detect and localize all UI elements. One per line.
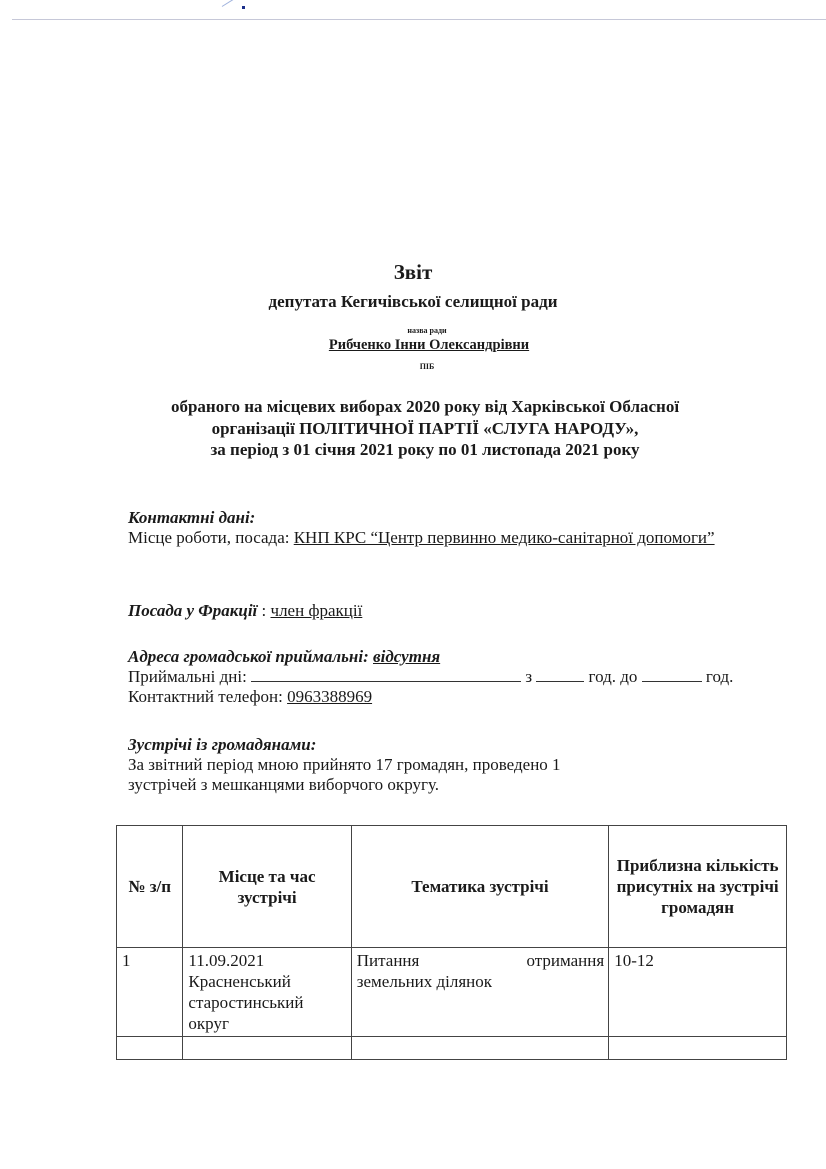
reception-hours-label-2: год. xyxy=(706,667,733,686)
faction-separator: : xyxy=(257,601,270,620)
column-header-attendance: Приблизна кількість присутніх на зустріч… xyxy=(609,826,787,948)
reception-from-label: з xyxy=(525,667,532,686)
cell-place-time xyxy=(183,1037,351,1060)
column-header-number: № з/п xyxy=(117,826,183,948)
cell-topic xyxy=(351,1037,608,1060)
topic-word: Питання xyxy=(357,950,420,971)
table-header-row: № з/п Місце та час зустрічі Тематика зус… xyxy=(117,826,787,948)
reception-section: Адреса громадської приймальні: відсутня … xyxy=(128,647,780,707)
document-subtitle: депутата Кегичівської селищної ради xyxy=(0,292,826,312)
reception-address-line: Адреса громадської приймальні: відсутня xyxy=(128,647,780,667)
reception-days-blank xyxy=(251,667,521,682)
reception-days-line: Приймальні дні: з год. до год. xyxy=(128,667,780,687)
elected-line: обраного на місцевих виборах 2020 року в… xyxy=(12,396,826,418)
phone-line: Контактний телефон: 0963388969 xyxy=(128,687,780,707)
workplace-label: Місце роботи, посада: xyxy=(128,528,289,547)
cell-place-time: 11.09.2021 Красненський старостинський о… xyxy=(183,948,351,1037)
contacts-section: Контактні дані: Місце роботи, посада: КН… xyxy=(128,508,780,548)
faction-section: Посада у Фракції : член фракції xyxy=(128,601,780,621)
reception-hours-label-1: год. до xyxy=(589,667,638,686)
column-header-topic: Тематика зустрічі xyxy=(351,826,608,948)
phone-value: 0963388969 xyxy=(287,687,372,706)
meetings-section: Зустрічі із громадянами: За звітний пері… xyxy=(128,735,780,795)
scan-artifact-line xyxy=(12,19,826,20)
topic-word: отримання xyxy=(526,950,604,971)
reception-from-blank xyxy=(536,667,584,682)
faction-heading: Посада у Фракції xyxy=(128,601,257,620)
deputy-name-line: Рибченко Інни Олександрівни xyxy=(16,337,826,354)
reception-days-label: Приймальні дні: xyxy=(128,667,247,686)
column-header-place-time: Місце та час зустрічі xyxy=(183,826,351,948)
scan-artifact-dot xyxy=(242,6,245,9)
topic-rest: земельних ділянок xyxy=(357,971,604,992)
table-row xyxy=(117,1037,787,1060)
meetings-summary-line: За звітний період мною прийнято 17 грома… xyxy=(128,755,780,775)
cell-number xyxy=(117,1037,183,1060)
cell-attendance: 10-12 xyxy=(609,948,787,1037)
elected-block: обраного на місцевих виборах 2020 року в… xyxy=(12,396,826,461)
meetings-summary-line: зустрічей з мешканцями виборчого округу. xyxy=(128,775,780,795)
meetings-table: № з/п Місце та час зустрічі Тематика зус… xyxy=(116,825,787,1060)
reception-address-value: відсутня xyxy=(373,647,440,666)
cell-number: 1 xyxy=(117,948,183,1037)
elected-line: за період з 01 січня 2021 року по 01 лис… xyxy=(12,439,826,461)
cell-topic: Питання отримання земельних ділянок xyxy=(351,948,608,1037)
document-title: Звіт xyxy=(0,260,826,285)
phone-label: Контактний телефон: xyxy=(128,687,283,706)
faction-value: член фракції xyxy=(271,601,363,620)
table-row: 1 11.09.2021 Красненський старостинський… xyxy=(117,948,787,1037)
council-caption: назва ради xyxy=(14,326,826,335)
meetings-heading: Зустрічі із громадянами: xyxy=(128,735,780,755)
cell-attendance xyxy=(609,1037,787,1060)
topic-first-line: Питання отримання xyxy=(357,950,604,971)
reception-to-blank xyxy=(642,667,702,682)
reception-heading: Адреса громадської приймальні: xyxy=(128,647,369,666)
workplace-value: КНП КРС “Центр первинно медико-санітарно… xyxy=(294,528,715,547)
workplace-line: Місце роботи, посада: КНП КРС “Центр пер… xyxy=(128,528,780,548)
elected-line: організації ПОЛІТИЧНОЇ ПАРТІЇ «СЛУГА НАР… xyxy=(12,418,826,440)
contacts-heading: Контактні дані: xyxy=(128,508,780,528)
deputy-name: Рибченко Інни Олександрівни xyxy=(329,337,529,353)
name-caption: ПІБ xyxy=(14,362,826,371)
